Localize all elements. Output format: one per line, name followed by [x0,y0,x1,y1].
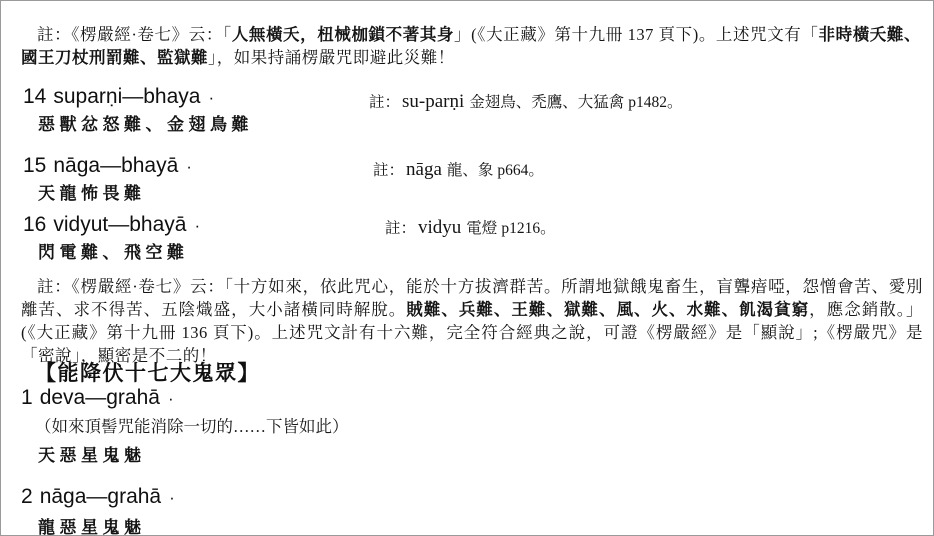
item-dot: · [168,389,174,408]
note-gloss: 金翅鳥、禿鷹、大猛禽 [469,94,624,111]
note-page-ref: p1482 [628,94,667,111]
note-paragraph-1: 註：《楞嚴經·卷七》云：「人無橫夭，杻械枷鎖不著其身」(《大正藏》第十九冊 13… [21,23,921,69]
item-2-title: 2nāga—grahā· [21,485,175,509]
item-1-title: 1deva—grahā· [21,386,174,410]
note-gloss: 龍、象 [447,162,494,179]
entry-dot: · [194,216,200,235]
entry-15-gloss: 天龍怖畏難 [38,179,146,204]
entry-15-note: 註：nāga龍、象p664。 [373,158,544,181]
entry-number: 15 [23,154,46,177]
note-sanskrit: nāga [406,159,442,180]
entry-sanskrit: suparṇi—bhaya [53,85,200,108]
entry-15-title: 15nāga—bhayā· [23,154,192,178]
note-paragraph-2: 註：《楞嚴經·卷七》云：「十方如來，依此咒心，能於十方拔濟群苦。所謂地獄餓鬼畜生… [21,275,923,367]
entry-14-title: 14suparṇi—bhaya· [23,85,214,109]
note-page-ref: p664 [497,162,528,179]
entry-number: 16 [23,213,46,236]
item-2-gloss: 龍惡星鬼魅 [38,513,146,536]
entry-16-gloss: 閃電難、飛空難 [38,238,189,263]
entry-14-note: 註：su-parṇi金翅鳥、禿鷹、大猛禽p1482。 [369,90,683,113]
note-period: 。 [667,94,683,111]
item-number: 2 [21,485,33,508]
note-sanskrit: su-parṇi [402,91,464,112]
item-sanskrit: deva—grahā [40,386,160,409]
note-page-ref: p1216 [501,220,540,237]
entry-dot: · [186,157,192,176]
item-1-parenthetical: （如來頂髻咒能消除一切的……下皆如此） [35,413,349,437]
entry-number: 14 [23,85,46,108]
entry-14-gloss: 惡獸忿怒難、金翅鳥難 [38,110,253,135]
item-sanskrit: nāga—grahā [40,485,161,508]
document-page: 註：《楞嚴經·卷七》云：「人無橫夭，杻械枷鎖不著其身」(《大正藏》第十九冊 13… [0,0,934,536]
item-dot: · [169,488,175,507]
note-gloss: 電燈 [466,220,497,237]
note-period: 。 [540,220,556,237]
entry-dot: · [208,88,214,107]
note-prefix: 註： [369,94,400,111]
note-period: 。 [528,162,544,179]
note-prefix: 註： [385,220,416,237]
entry-sanskrit: vidyut—bhayā [53,213,186,236]
entry-16-note: 註：vidyu電燈p1216。 [385,216,556,239]
item-1-gloss: 天惡星鬼魅 [38,441,146,466]
entry-sanskrit: nāga—bhayā [53,154,178,177]
note-sanskrit: vidyu [418,217,461,238]
note-prefix: 註： [373,162,404,179]
entry-16-title: 16vidyut—bhayā· [23,213,200,237]
item-number: 1 [21,386,33,409]
section-header-seventeen-demons: 【能降伏十七大鬼眾】 [35,357,260,387]
